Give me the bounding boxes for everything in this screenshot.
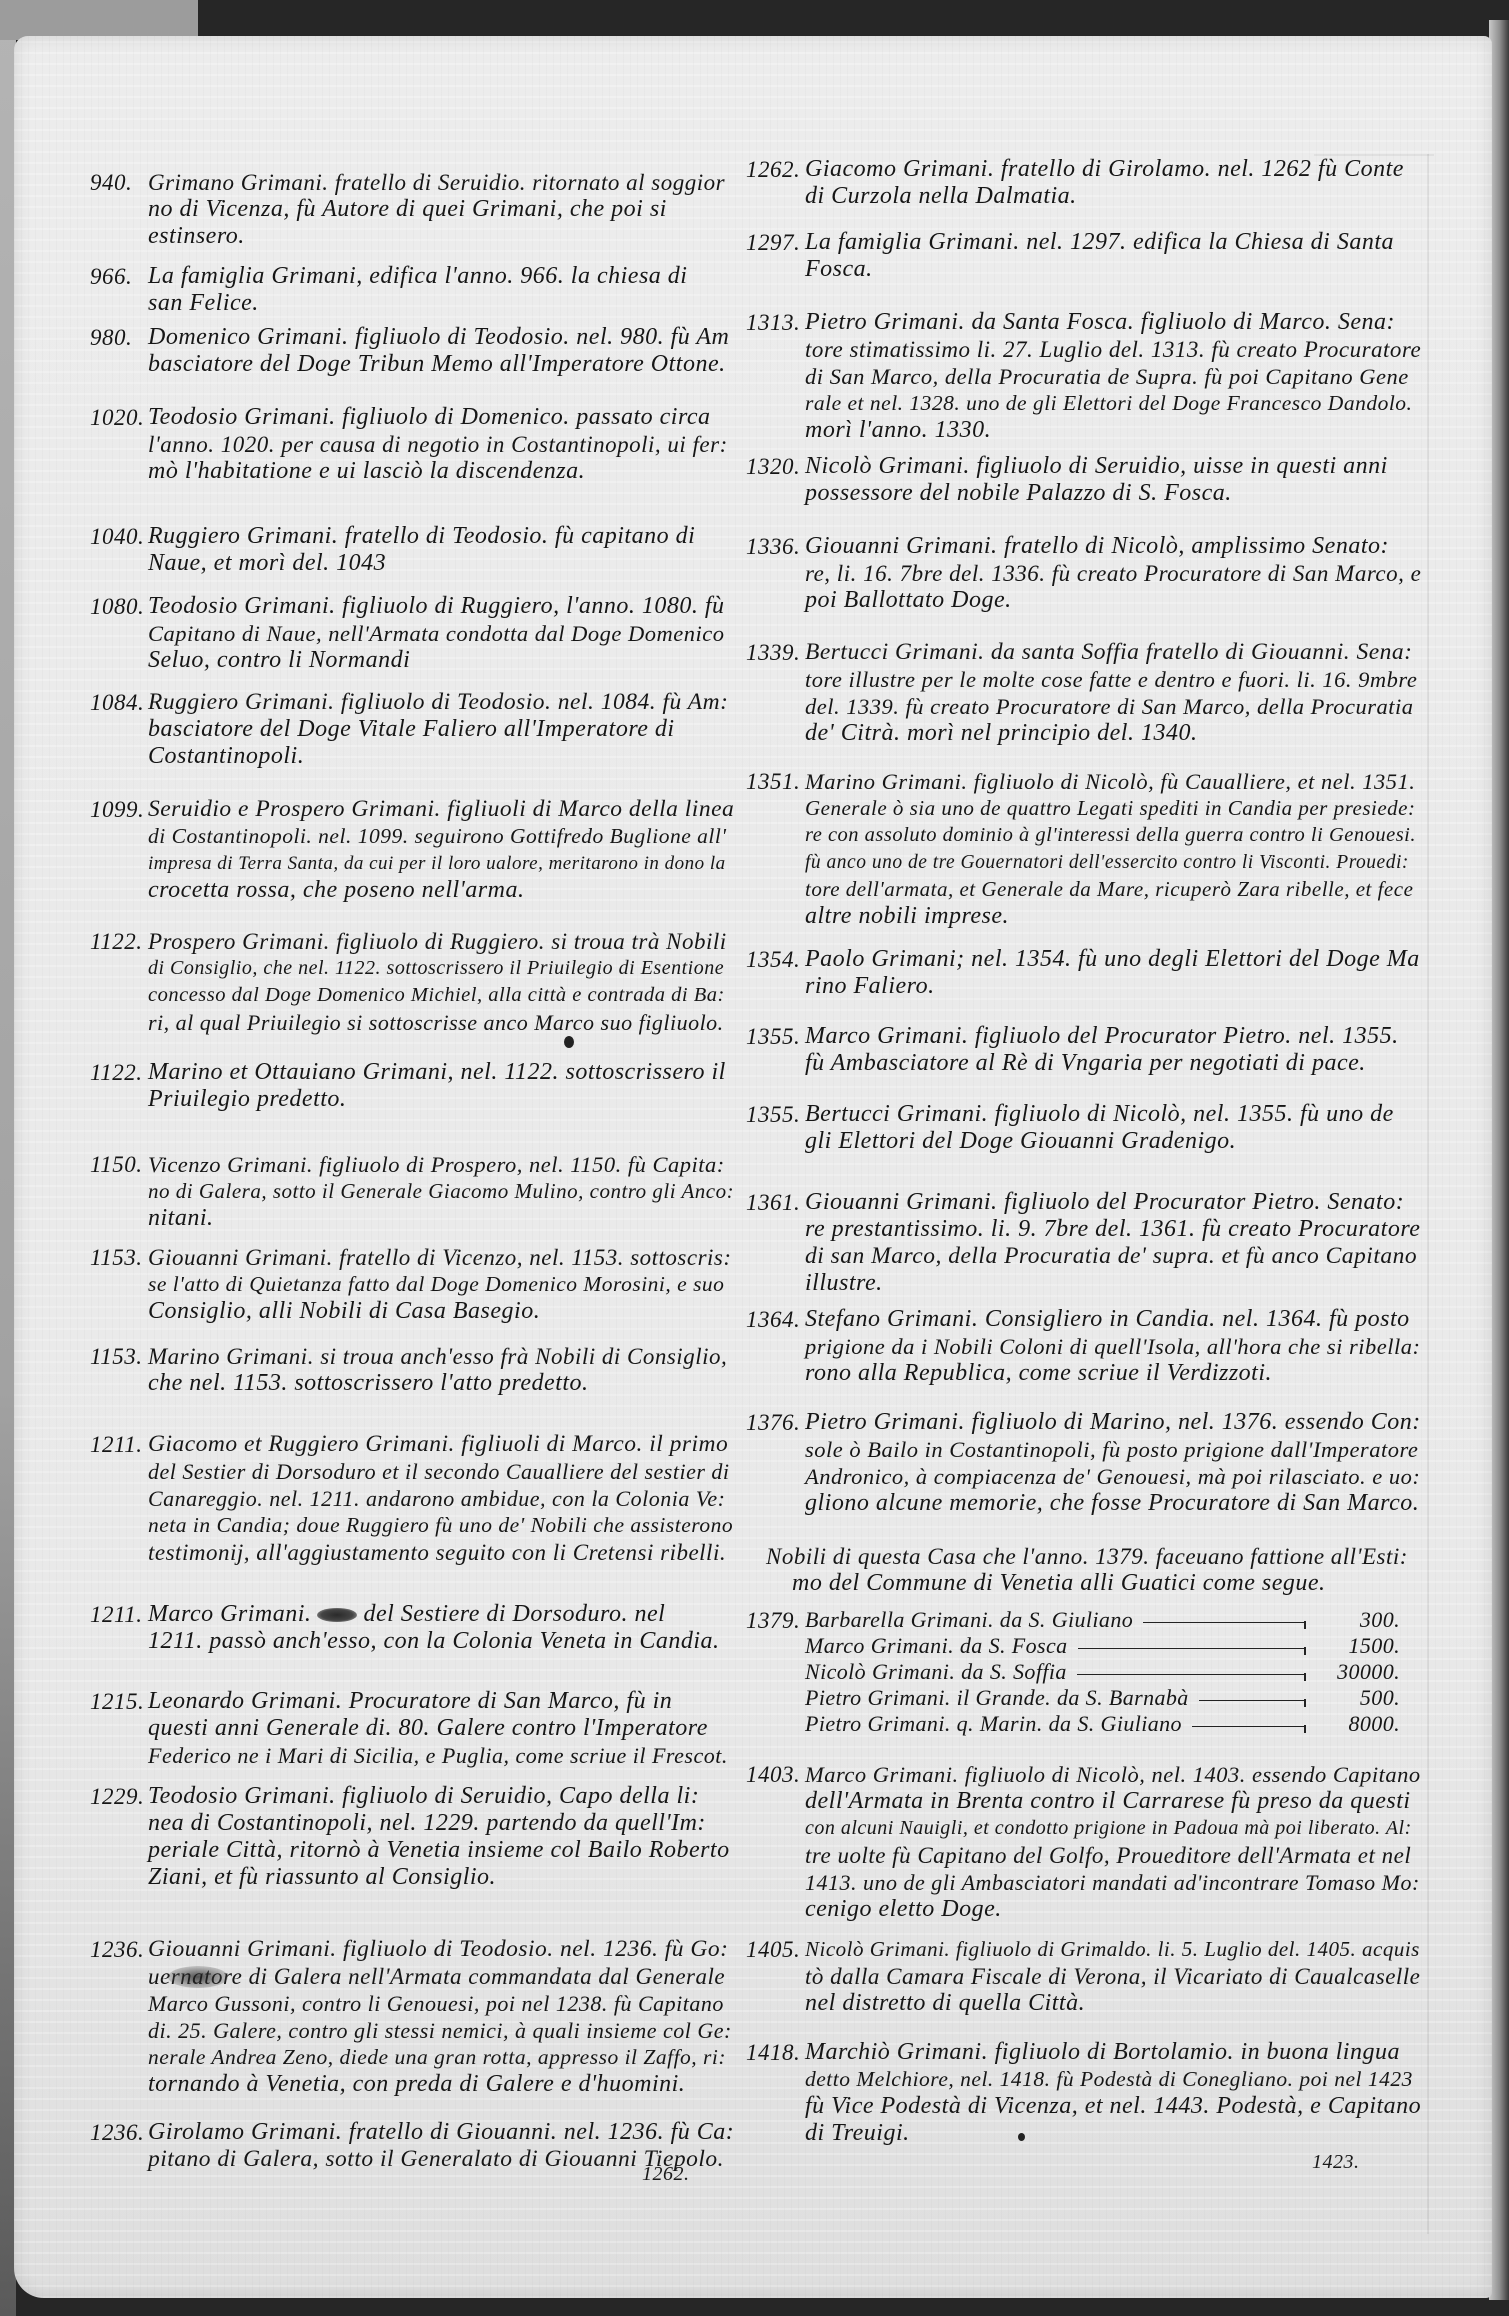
entry-year: 1354. <box>746 946 800 973</box>
text-line: Marco Grimani.del Sestiere di Dorsoduro.… <box>148 1601 734 1628</box>
leader-hook <box>1304 1621 1306 1629</box>
text-line: Marco Grimani. figliuolo di Nicolò, nel.… <box>805 1761 1420 1788</box>
text-line: di Consiglio, che nel. 1122. sottoscriss… <box>148 955 734 982</box>
text-line: Naue, et morì del. 1043 <box>148 550 734 577</box>
text-line: Giouanni Grimani. figliuolo di Teodosio.… <box>148 1936 734 1963</box>
text-line: del Sestier di Dorsoduro et il secondo C… <box>148 1458 734 1485</box>
text-line: nea di Costantinopoli, nel. 1229. parten… <box>148 1810 734 1837</box>
estimo-amount: 30000. <box>1312 1659 1400 1685</box>
entry-text: Marco Grimani. figliuolo di Nicolò, nel.… <box>805 1761 1420 1923</box>
entry-text: Marino Grimani. si troua anch'esso frà N… <box>148 1343 734 1397</box>
text-line: se l'atto di Quietanza fatto dal Doge Do… <box>148 1271 734 1298</box>
entry-text: Teodosio Grimani. figliuolo di Seruidio,… <box>148 1783 734 1891</box>
text-line: Grimano Grimani. fratello di Seruidio. r… <box>148 169 734 196</box>
estimo-row: Pietro Grimani. q. Marin. da S. Giuliano… <box>805 1711 1400 1737</box>
text-line: re, li. 16. 7bre del. 1336. fù creato Pr… <box>805 560 1420 587</box>
text-line: nerale Andrea Zeno, diede una gran rotta… <box>148 2044 734 2071</box>
entry-text: La famiglia Grimani, edifica l'anno. 966… <box>148 263 734 317</box>
text-line: detto Melchiore, nel. 1418. fù Podestà d… <box>805 2066 1420 2093</box>
estimo-row: Marco Grimani. da S. Fosca 1500. <box>805 1633 1400 1659</box>
entry-text: Vicenzo Grimani. figliuolo di Prospero, … <box>148 1151 734 1232</box>
estimo-name: Nicolò Grimani. da S. Soffia <box>805 1659 1067 1685</box>
text-line: fù Ambasciatore al Rè di Vngaria per neg… <box>805 1050 1420 1077</box>
entry-year: 1376. <box>746 1409 800 1436</box>
entry-year: 1080. <box>90 593 144 620</box>
text-line: cenigo eletto Doge. <box>805 1896 1420 1923</box>
text-line: Girolamo Grimani. fratello di Giouanni. … <box>148 2119 734 2146</box>
text-line: Canareggio. nel. 1211. andarono ambidue,… <box>148 1485 734 1512</box>
text-line: di Curzola nella Dalmatia. <box>805 183 1420 210</box>
entry-text: Giacomo Grimani. fratello di Girolamo. n… <box>805 156 1420 210</box>
text-line: sole ò Bailo in Costantinopoli, fù posto… <box>805 1436 1420 1463</box>
margin-rule <box>1427 154 1429 2234</box>
entry-year: 1153. <box>90 1343 143 1370</box>
entry-year: 1229. <box>90 1783 144 1810</box>
entry-year: 980. <box>90 324 132 351</box>
entry-text: Pietro Grimani. da Santa Fosca. figliuol… <box>805 309 1420 444</box>
entry-year: 1418. <box>746 2039 800 2066</box>
entry-year: 1361. <box>746 1189 800 1216</box>
entry-year: 1379. <box>746 1607 800 1634</box>
entry-year: 1215. <box>90 1688 144 1715</box>
text-line: Consiglio, alli Nobili di Casa Basegio. <box>148 1298 734 1325</box>
text-line: Generale ò sia uno de quattro Legati spe… <box>805 795 1420 822</box>
entry-text: Giouanni Grimani. fratello di Nicolò, am… <box>805 533 1420 614</box>
entry-text: Prospero Grimani. figliuolo di Ruggiero.… <box>148 928 734 1036</box>
text-line: rono alla Republica, come scriue il Verd… <box>805 1360 1420 1387</box>
text-line: tornando à Venetia, con preda di Galere … <box>148 2071 734 2098</box>
entry-year: 1040. <box>90 523 144 550</box>
text-line: Nobili di questa Casa che l'anno. 1379. … <box>766 1543 1416 1570</box>
text-line: Marino et Ottauiano Grimani, nel. 1122. … <box>148 1059 734 1086</box>
text-line: no di Vicenza, fù Autore di quei Grimani… <box>148 196 734 223</box>
leader-line <box>1077 1674 1304 1675</box>
text-line: morì l'anno. 1330. <box>805 417 1420 444</box>
text-line: fù anco uno de tre Gouernatori dell'esse… <box>805 849 1420 876</box>
text-line: di Treuigi. <box>805 2120 1420 2147</box>
text-line: neta in Candia; doue Ruggiero fù uno de'… <box>148 1512 734 1539</box>
entry-year: 1336. <box>746 533 800 560</box>
leader-line <box>1199 1700 1304 1701</box>
text-line: Priuilegio predetto. <box>148 1086 734 1113</box>
text-line: Paolo Grimani; nel. 1354. fù uno degli E… <box>805 946 1420 973</box>
text-line: che nel. 1153. sottoscrissero l'atto pre… <box>148 1370 734 1397</box>
text-line: di Costantinopoli. nel. 1099. seguirono … <box>148 823 734 850</box>
leader-line <box>1078 1648 1304 1649</box>
leader-hook <box>1304 1673 1306 1681</box>
text-line: Capitano di Naue, nell'Armata condotta d… <box>148 620 734 647</box>
estimo-amount: 1500. <box>1312 1633 1400 1659</box>
text-line: testimonij, all'aggiustamento seguito co… <box>148 1539 734 1566</box>
estimo-row: Barbarella Grimani. da S. Giuliano 300. <box>805 1607 1400 1633</box>
entry-text: Ruggiero Grimani. figliuolo di Teodosio.… <box>148 689 734 770</box>
text-line: Marchiò Grimani. figliuolo di Bortolamio… <box>805 2039 1420 2066</box>
entry-year: 1236. <box>90 2119 144 2146</box>
text-line: Giouanni Grimani. figliuolo del Procurat… <box>805 1189 1420 1216</box>
text-line: Seluo, contro li Normandi <box>148 647 734 674</box>
text-line: Costantinopoli. <box>148 743 734 770</box>
text-line: gliono alcune memorie, che fosse Procura… <box>805 1490 1420 1517</box>
entry-text: Giouanni Grimani. figliuolo del Procurat… <box>805 1189 1420 1297</box>
text-line: gli Elettori del Doge Giouanni Gradenigo… <box>805 1128 1420 1155</box>
text-line: Fosca. <box>805 256 1420 283</box>
text-line: Bertucci Grimani. da santa Soffia fratel… <box>805 639 1420 666</box>
leader-hook <box>1304 1647 1306 1655</box>
leader-line <box>1143 1622 1304 1623</box>
entry-year: 1313. <box>746 309 800 336</box>
entry-year: 1122. <box>90 928 143 955</box>
leader-hook <box>1304 1725 1306 1733</box>
text-line: estinsero. <box>148 223 734 250</box>
text-line: Stefano Grimani. Consigliero in Candia. … <box>805 1306 1420 1333</box>
text-line: Giacomo et Ruggiero Grimani. figliuoli d… <box>148 1431 734 1458</box>
text-line: re con assoluto dominio à gl'interessi d… <box>805 822 1420 849</box>
text-line: Teodosio Grimani. figliuolo di Domenico.… <box>148 404 734 431</box>
entry-year: 1211. <box>90 1601 143 1628</box>
text-line: Ruggiero Grimani. figliuolo di Teodosio.… <box>148 689 734 716</box>
entry-text: Domenico Grimani. figliuolo di Teodosio.… <box>148 324 734 378</box>
text-line: Giouanni Grimani. fratello di Vicenzo, n… <box>148 1244 734 1271</box>
text-line: mo del Commune di Venetia alli Guatici c… <box>766 1570 1416 1597</box>
text-line: tre uolte fù Capitano del Golfo, Prouedi… <box>805 1842 1420 1869</box>
text-fragment: del Sestiere di Dorsoduro. nel <box>363 1601 665 1627</box>
entry-year: 1084. <box>90 689 144 716</box>
entry-text: Giouanni Grimani. figliuolo di Teodosio.… <box>148 1936 734 2098</box>
text-fragment: Marco Grimani. <box>148 1601 311 1627</box>
text-line: Pietro Grimani. figliuolo di Marino, nel… <box>805 1409 1420 1436</box>
entry-text: Marino Grimani. figliuolo di Nicolò, fù … <box>805 768 1420 930</box>
text-line: re prestantissimo. li. 9. 7bre del. 1361… <box>805 1216 1420 1243</box>
page-right-edge <box>1489 20 1509 2300</box>
text-line: l'anno. 1020. per causa di negotio in Co… <box>148 431 734 458</box>
leader-line <box>1192 1726 1304 1727</box>
text-line: impresa di Terra Santa, da cui per il lo… <box>148 850 734 877</box>
text-line: Marco Grimani. figliuolo del Procurator … <box>805 1023 1420 1050</box>
entry-year: 1236. <box>90 1936 144 1963</box>
entry-year: 1153. <box>90 1244 143 1271</box>
estimo-amount: 500. <box>1312 1685 1400 1711</box>
text-line: altre nobili imprese. <box>805 903 1420 930</box>
estimo-row: Pietro Grimani. il Grande. da S. Barnabà… <box>805 1685 1400 1711</box>
text-line: Teodosio Grimani. figliuolo di Seruidio,… <box>148 1783 734 1810</box>
scan-border <box>0 0 198 40</box>
entry-year: 1020. <box>90 404 144 431</box>
entry-year: 1150. <box>90 1151 143 1178</box>
entry-year: 1355. <box>746 1101 800 1128</box>
text-line: rale et nel. 1328. uno de gli Elettori d… <box>805 390 1420 417</box>
catchword-right: 1423. <box>1312 2151 1360 2174</box>
text-line: tore dell'armata, et Generale da Mare, r… <box>805 876 1420 903</box>
text-line: Leonardo Grimani. Procuratore di San Mar… <box>148 1688 734 1715</box>
text-line: de' Citrà. morì nel principio del. 1340. <box>805 720 1420 747</box>
text-line: La famiglia Grimani. nel. 1297. edifica … <box>805 229 1420 256</box>
entry-year: 1099. <box>90 796 144 823</box>
text-line: illustre. <box>805 1270 1420 1297</box>
entry-year: 966. <box>90 263 132 290</box>
entry-text: Giacomo et Ruggiero Grimani. figliuoli d… <box>148 1431 734 1566</box>
entry-year: 1364. <box>746 1306 800 1333</box>
entry-text: Marchiò Grimani. figliuolo di Bortolamio… <box>805 2039 1420 2147</box>
text-line: basciatore del Doge Tribun Memo all'Impe… <box>148 351 734 378</box>
entry-text: Paolo Grimani; nel. 1354. fù uno degli E… <box>805 946 1420 1000</box>
entry-text: Ruggiero Grimani. fratello di Teodosio. … <box>148 523 734 577</box>
entry-text: Marco Grimani.del Sestiere di Dorsoduro.… <box>148 1601 734 1655</box>
text-line: tò dalla Camara Fiscale di Verona, il Vi… <box>805 1963 1420 1990</box>
estimo-name: Barbarella Grimani. da S. Giuliano <box>805 1607 1133 1633</box>
text-line: di. 25. Galere, contro gli stessi nemici… <box>148 2017 734 2044</box>
entry-text: Stefano Grimani. Consigliero in Candia. … <box>805 1306 1420 1387</box>
text-line: Seruidio e Prospero Grimani. figliuoli d… <box>148 796 734 823</box>
text-line: 1211. passò anch'esso, con la Colonia Ve… <box>148 1628 734 1655</box>
text-line: san Felice. <box>148 290 734 317</box>
text-line: 1413. uno de gli Ambasciatori mandati ad… <box>805 1869 1420 1896</box>
text-line: no di Galera, sotto il Generale Giacomo … <box>148 1178 734 1205</box>
entry-year: 1351. <box>746 768 800 795</box>
text-line: Giouanni Grimani. fratello di Nicolò, am… <box>805 533 1420 560</box>
entry-text: Teodosio Grimani. figliuolo di Ruggiero,… <box>148 593 734 674</box>
entry-text: Grimano Grimani. fratello di Seruidio. r… <box>148 169 734 250</box>
ink-smudge <box>168 1966 228 1988</box>
entry-text: Seruidio e Prospero Grimani. figliuoli d… <box>148 796 734 904</box>
text-line: Teodosio Grimani. figliuolo di Ruggiero,… <box>148 593 734 620</box>
text-line: prigione da i Nobili Coloni di quell'Iso… <box>805 1333 1420 1360</box>
text-line: Marino Grimani. figliuolo di Nicolò, fù … <box>805 768 1420 795</box>
entry-year: 1262. <box>746 156 800 183</box>
text-line: mò l'habitatione e ui lasciò la discende… <box>148 458 734 485</box>
text-line: Nicolò Grimani. figliuolo di Seruidio, u… <box>805 453 1420 480</box>
entry-year: 1320. <box>746 453 800 480</box>
text-line: Pietro Grimani. da Santa Fosca. figliuol… <box>805 309 1420 336</box>
estimo-name: Marco Grimani. da S. Fosca <box>805 1633 1068 1659</box>
text-line: Marino Grimani. si troua anch'esso frà N… <box>148 1343 734 1370</box>
estimo-rows: Barbarella Grimani. da S. Giuliano 300. … <box>805 1607 1400 1737</box>
entry-year: 1122. <box>90 1059 143 1086</box>
text-line: questi anni Generale di. 80. Galere cont… <box>148 1715 734 1742</box>
entry-text: Bertucci Grimani. da santa Soffia fratel… <box>805 639 1420 747</box>
entry-text: Marino et Ottauiano Grimani, nel. 1122. … <box>148 1059 734 1113</box>
text-line: periale Città, ritornò à Venetia insieme… <box>148 1837 734 1864</box>
entry-text: Marco Grimani. figliuolo del Procurator … <box>805 1023 1420 1077</box>
text-line: di San Marco, della Procuratia de Supra.… <box>805 363 1420 390</box>
entry-year: 1355. <box>746 1023 800 1050</box>
text-line: rino Faliero. <box>805 973 1420 1000</box>
ink-spot <box>564 1036 574 1048</box>
text-line: Domenico Grimani. figliuolo di Teodosio.… <box>148 324 734 351</box>
text-line: Andronico, à compiacenza de' Genouesi, m… <box>805 1463 1420 1490</box>
entry-text: Teodosio Grimani. figliuolo di Domenico.… <box>148 404 734 485</box>
entry-year: 940. <box>90 169 132 196</box>
text-line: dell'Armata in Brenta contro il Carrares… <box>805 1788 1420 1815</box>
ink-blot <box>317 1608 357 1622</box>
text-line: Bertucci Grimani. figliuolo di Nicolò, n… <box>805 1101 1420 1128</box>
text-line: ri, al qual Priuilegio si sottoscrisse a… <box>148 1009 734 1036</box>
catchword-left: 1262. <box>642 2163 690 2186</box>
text-line: Ruggiero Grimani. fratello di Teodosio. … <box>148 523 734 550</box>
text-line: del. 1339. fù creato Procuratore di San … <box>805 693 1420 720</box>
estimo-1379-heading: Nobili di questa Casa che l'anno. 1379. … <box>766 1543 1416 1597</box>
text-line: Marco Gussoni, contro li Genouesi, poi n… <box>148 1990 734 2017</box>
estimo-name: Pietro Grimani. il Grande. da S. Barnabà <box>805 1685 1189 1711</box>
text-line: basciatore del Doge Vitale Faliero all'I… <box>148 716 734 743</box>
text-line: Nicolò Grimani. figliuolo di Grimaldo. l… <box>805 1936 1420 1963</box>
entry-year: 1339. <box>746 639 800 666</box>
estimo-row: Nicolò Grimani. da S. Soffia 30000. <box>805 1659 1400 1685</box>
text-line: tore stimatissimo li. 27. Luglio del. 13… <box>805 336 1420 363</box>
text-line: fù Vice Podestà di Vicenza, et nel. 1443… <box>805 2093 1420 2120</box>
entry-year: 1211. <box>90 1431 143 1458</box>
text-line: concesso dal Doge Domenico Michiel, alla… <box>148 982 734 1009</box>
text-line: uernatore di Galera nell'Armata commanda… <box>148 1963 734 1990</box>
entry-text: Nicolò Grimani. figliuolo di Seruidio, u… <box>805 453 1420 507</box>
text-line: Vicenzo Grimani. figliuolo di Prospero, … <box>148 1151 734 1178</box>
text-line: La famiglia Grimani, edifica l'anno. 966… <box>148 263 734 290</box>
text-line: Federico ne i Mari di Sicilia, e Puglia,… <box>148 1742 734 1769</box>
entry-text: Nicolò Grimani. figliuolo di Grimaldo. l… <box>805 1936 1420 2017</box>
text-line: poi Ballottato Doge. <box>805 587 1420 614</box>
entry-text: Bertucci Grimani. figliuolo di Nicolò, n… <box>805 1101 1420 1155</box>
text-line: crocetta rossa, che poseno nell'arma. <box>148 877 734 904</box>
ink-spot <box>1018 2133 1025 2141</box>
text-line: con alcuni Nauigli, et condotto prigione… <box>805 1815 1420 1842</box>
entry-text: Giouanni Grimani. fratello di Vicenzo, n… <box>148 1244 734 1325</box>
entry-year: 1405. <box>746 1936 800 1963</box>
estimo-amount: 300. <box>1312 1607 1400 1633</box>
text-line: possessore del nobile Palazzo di S. Fosc… <box>805 480 1420 507</box>
text-line: nel distretto di quella Città. <box>805 1990 1420 2017</box>
text-line: Giacomo Grimani. fratello di Girolamo. n… <box>805 156 1420 183</box>
estimo-name: Pietro Grimani. q. Marin. da S. Giuliano <box>805 1711 1182 1737</box>
leader-hook <box>1304 1699 1306 1707</box>
text-line: Ziani, et fù riassunto al Consiglio. <box>148 1864 734 1891</box>
entry-text: Leonardo Grimani. Procuratore di San Mar… <box>148 1688 734 1769</box>
entry-text: Pietro Grimani. figliuolo di Marino, nel… <box>805 1409 1420 1517</box>
text-line: nitani. <box>148 1205 734 1232</box>
entry-text: La famiglia Grimani. nel. 1297. edifica … <box>805 229 1420 283</box>
text-line: Prospero Grimani. figliuolo di Ruggiero.… <box>148 928 734 955</box>
text-line: tore illustre per le molte cose fatte e … <box>805 666 1420 693</box>
entry-year: 1297. <box>746 229 800 256</box>
text-line: di san Marco, della Procuratia de' supra… <box>805 1243 1420 1270</box>
entry-year: 1403. <box>746 1761 800 1788</box>
estimo-amount: 8000. <box>1312 1711 1400 1737</box>
